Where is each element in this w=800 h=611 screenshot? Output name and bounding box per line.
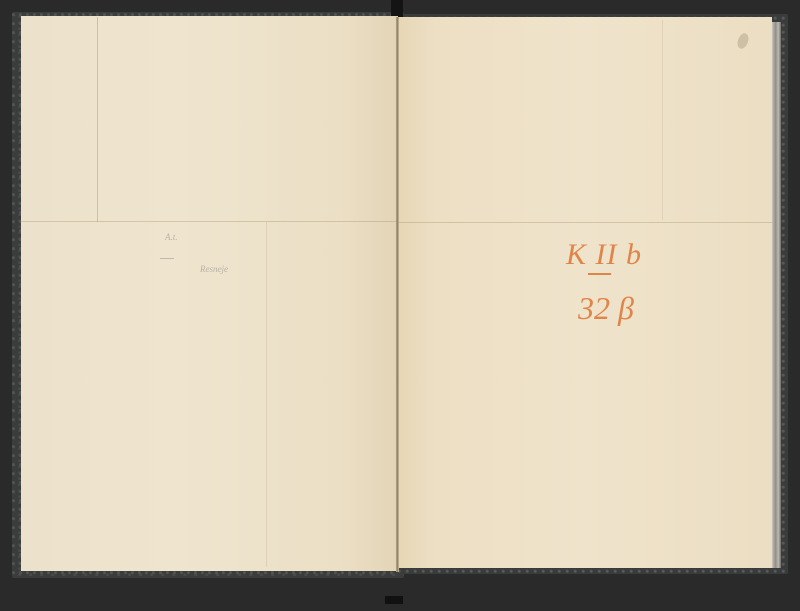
right-page-horizontal-crease bbox=[399, 222, 772, 223]
pencil-note: A.t. bbox=[165, 232, 178, 242]
left-page-vertical-crease-2 bbox=[266, 222, 267, 567]
pencil-note: Resneje bbox=[200, 264, 228, 274]
spine-bottom bbox=[385, 596, 403, 604]
left-page-vertical-crease bbox=[97, 17, 98, 222]
shelfmark-line-1: K II b bbox=[566, 238, 642, 272]
gutter-fold bbox=[396, 17, 399, 572]
shelfmark-line-2: 32 β bbox=[578, 290, 634, 327]
left-page bbox=[21, 16, 398, 571]
left-page-horizontal-crease bbox=[21, 221, 398, 222]
right-page-vertical-crease bbox=[662, 20, 663, 220]
pencil-dash bbox=[160, 258, 174, 259]
shelfmark-underline bbox=[588, 273, 611, 275]
page-edges bbox=[772, 22, 781, 568]
